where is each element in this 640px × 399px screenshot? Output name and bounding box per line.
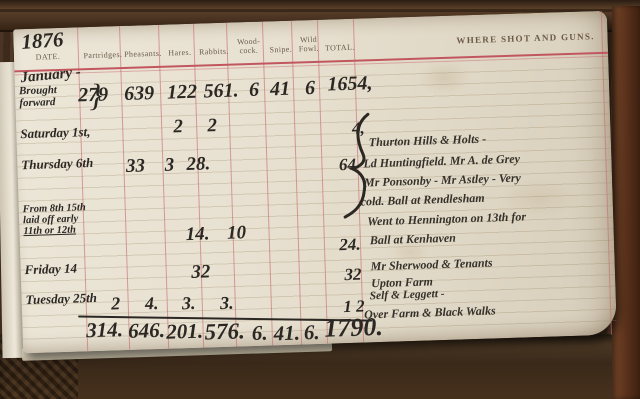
cell-r1-woodcock: 6	[245, 79, 264, 103]
cell-r1-total: 1654,	[323, 72, 378, 97]
book-cover-edge	[612, 6, 640, 399]
year-entry: 1876	[21, 27, 65, 55]
col-header-total: TOTAL.	[310, 42, 370, 53]
photo-of-game-book: { "colors": { "paper": "#e9e2d2", "rule_…	[0, 0, 640, 399]
row4-date-line3: 11th or 12th	[23, 225, 76, 238]
row2-date: Saturday 1st,	[20, 124, 91, 142]
row3-date: Thursday 6th	[21, 155, 93, 173]
cell-r6-pheasants: 4.	[137, 293, 166, 315]
cell-r1-snipe: 41	[267, 78, 294, 102]
total-woodcock: 6.	[248, 320, 271, 346]
cell-r2-hares: 2	[168, 116, 189, 139]
cell-r6-partridges: 2	[105, 293, 126, 315]
total-wildfowl: 6.	[300, 320, 323, 346]
cell-r3-pheasants: 3	[161, 154, 178, 176]
row1-date-line2: forward	[19, 96, 55, 109]
cell-r4-rabbits: 10	[221, 222, 252, 245]
cell-r6-rabbits: 3.	[213, 292, 240, 314]
cell-r4-total: 24.	[332, 234, 369, 255]
row5-date: Friday 14	[24, 261, 77, 279]
note-r6-line1: Self & Leggett -	[369, 288, 444, 302]
cell-r1-pheasants: 639	[119, 82, 160, 106]
cell-r1-hares: 122	[163, 81, 202, 105]
cell-r3-hares: 28.	[179, 153, 218, 176]
where-shot-title: WHERE SHOT AND GUNS.	[420, 30, 630, 47]
cell-r4-hares: 14.	[179, 223, 216, 246]
total-rabbits: 576.	[200, 318, 249, 345]
cell-r1-partridges: 279	[71, 83, 116, 107]
note-r4-line2: Ball at Kenhaven	[370, 231, 456, 249]
total-grand: 1790.	[322, 312, 385, 344]
ledger-page: DATE. Partridges. Pheasants. Hares. Rabb…	[13, 11, 617, 353]
cell-r2-rabbits: 2	[202, 115, 223, 138]
cell-r5-total: 32	[337, 264, 370, 285]
row6-date: Tuesday 25th	[25, 290, 97, 308]
cell-r1-wildfowl: 6	[301, 77, 320, 101]
total-partridges: 314.	[82, 317, 127, 343]
cell-r6-hares: 3.	[175, 293, 202, 315]
cell-r3-partridges: 33	[119, 155, 152, 178]
cell-r1-rabbits: 561.	[199, 79, 244, 103]
totals-brace-flourish	[338, 110, 381, 221]
cell-r5-hares: 32	[184, 261, 217, 284]
total-snipe: 41.	[270, 320, 303, 346]
